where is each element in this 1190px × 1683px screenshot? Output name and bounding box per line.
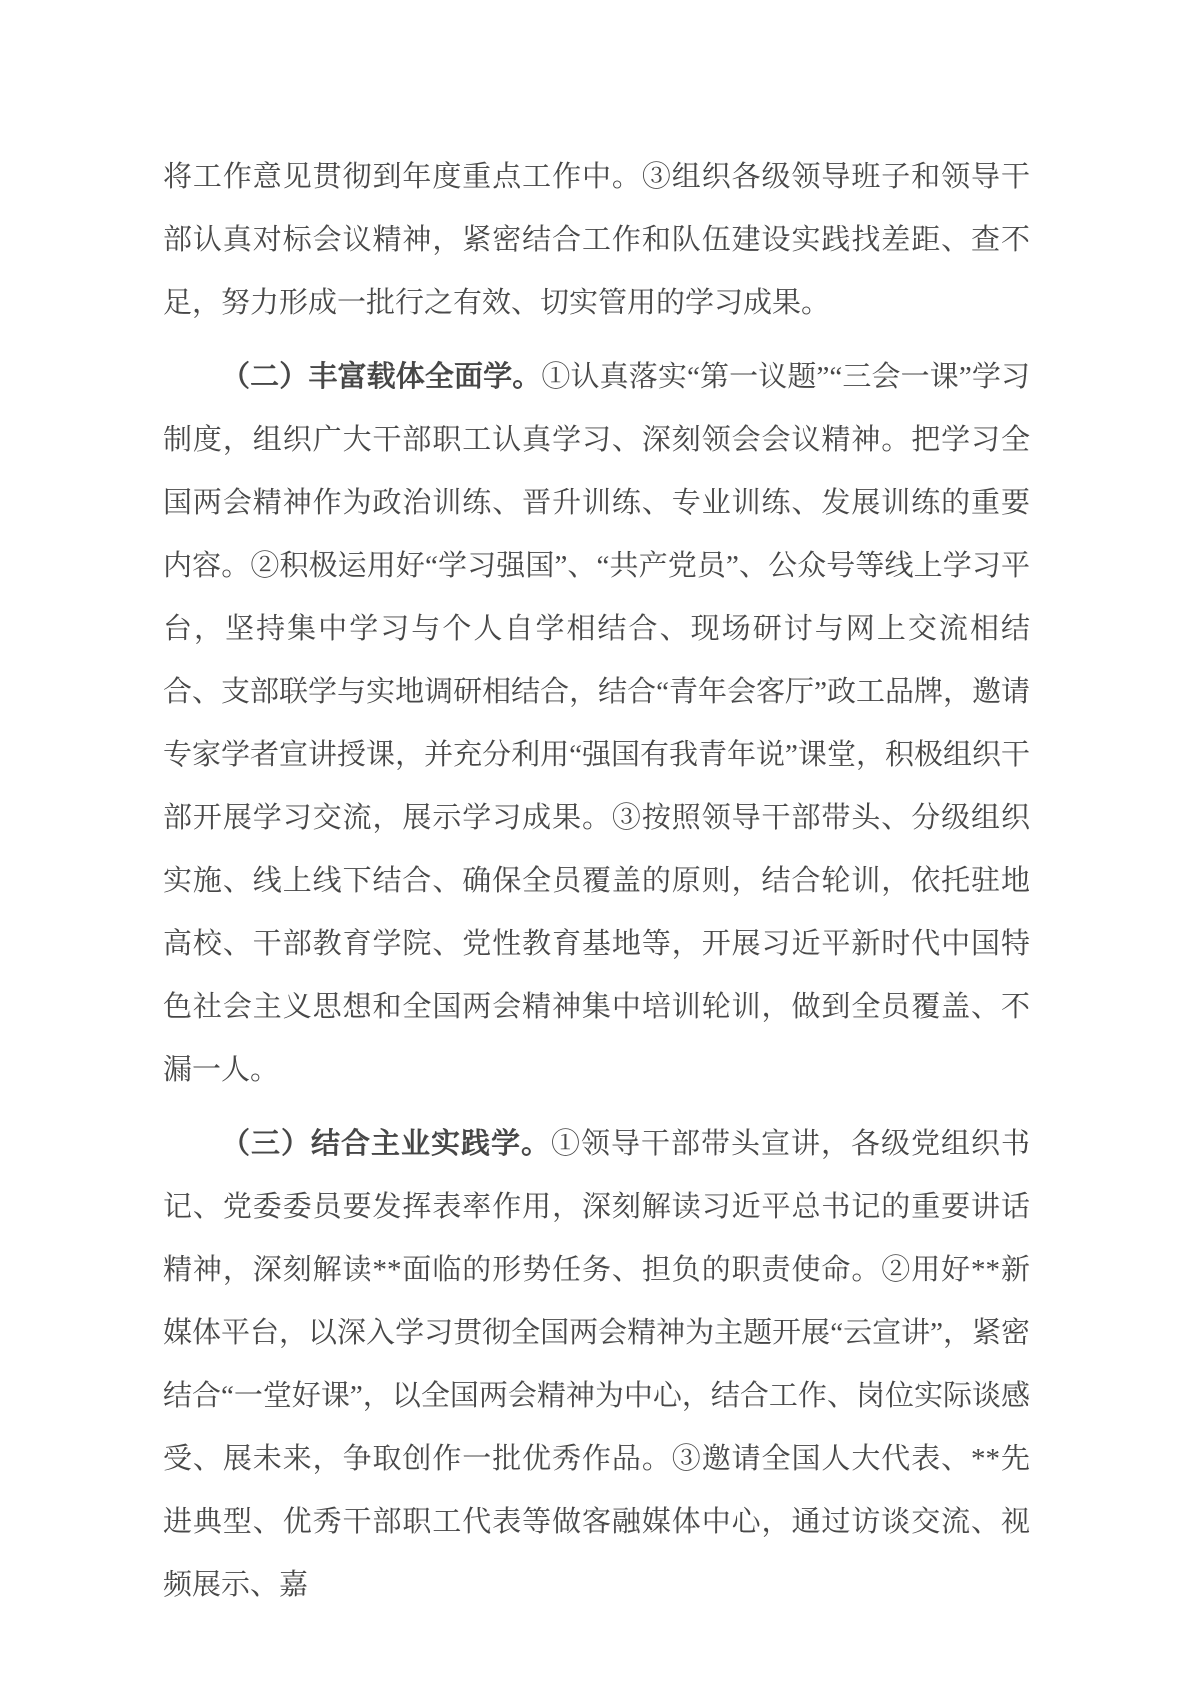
paragraph-text: 将工作意见贯彻到年度重点工作中。③组织各级领导班子和领导干部认真对标会议精神，紧… <box>163 161 1030 319</box>
document-page: 将工作意见贯彻到年度重点工作中。③组织各级领导班子和领导干部认真对标会议精神，紧… <box>163 146 1030 1617</box>
paragraph-section-2: （二）丰富载体全面学。①认真落实“第一议题”“三会一课”学习制度，组织广大干部职… <box>163 346 1030 1102</box>
paragraph-text: ①领导干部带头宣讲，各级党组织书记、党委委员要发挥表率作用，深刻解读习近平总书记… <box>163 1128 1030 1601</box>
paragraph-section-3: （三）结合主业实践学。①领导干部带头宣讲，各级党组织书记、党委委员要发挥表率作用… <box>163 1113 1030 1617</box>
section-2-heading: （二）丰富载体全面学。 <box>221 361 541 393</box>
paragraph-continuation: 将工作意见贯彻到年度重点工作中。③组织各级领导班子和领导干部认真对标会议精神，紧… <box>163 146 1030 335</box>
section-3-heading: （三）结合主业实践学。 <box>221 1128 551 1160</box>
paragraph-text: ①认真落实“第一议题”“三会一课”学习制度，组织广大干部职工认真学习、深刻领会会… <box>163 361 1030 1086</box>
